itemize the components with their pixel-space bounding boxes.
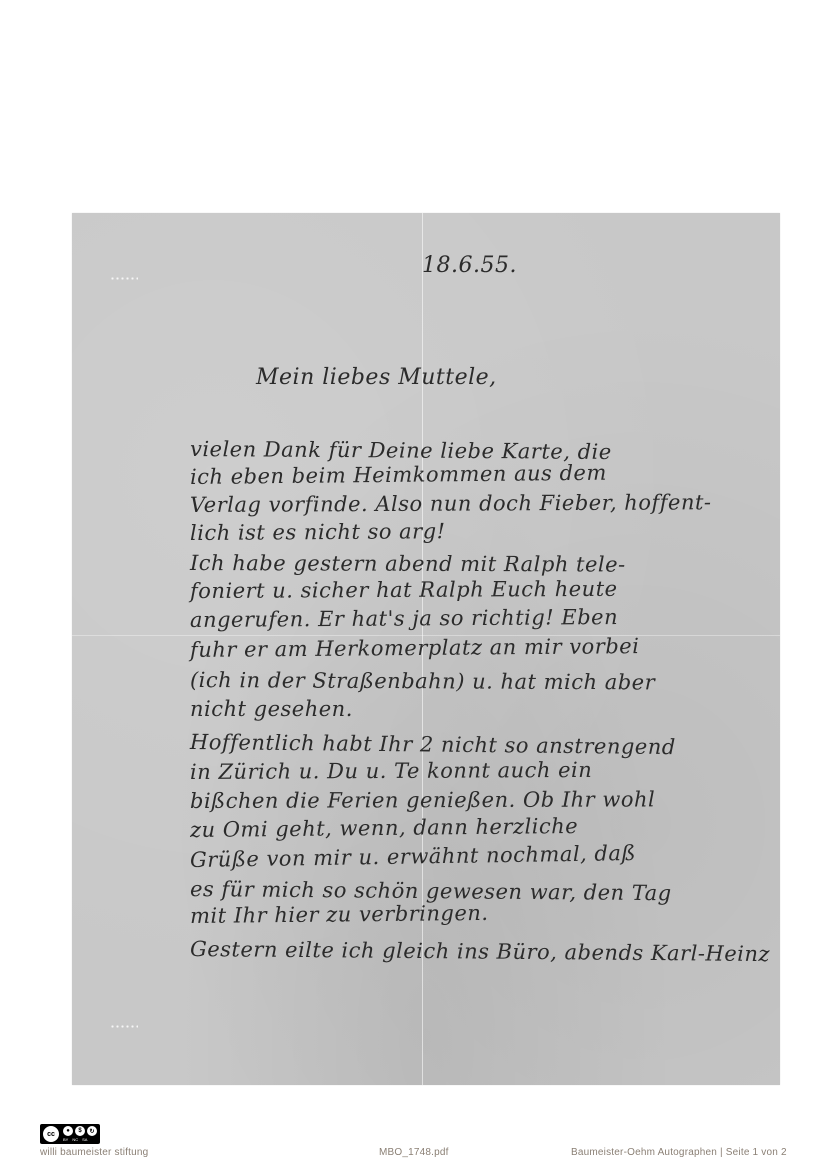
nc-label: NC — [72, 1137, 78, 1142]
footer-organization: willi baumeister stiftung — [40, 1147, 148, 1158]
letter-line: Hoffentlich habt Ihr 2 nicht so anstreng… — [190, 730, 676, 759]
letter-line: angerufen. Er hat's ja so richtig! Eben — [190, 605, 618, 632]
letter-line: mit Ihr hier zu verbringen. — [190, 901, 489, 928]
letter-line: Gestern eilte ich gleich ins Büro, abend… — [190, 937, 770, 966]
letter-line: bißchen die Ferien genießen. Ob Ihr wohl — [190, 787, 655, 813]
sa-icon: ↻ — [87, 1126, 97, 1136]
by-icon: ● — [63, 1126, 73, 1136]
letter-line: Verlag vorfinde. Also nun doch Fieber, h… — [190, 490, 712, 517]
letter-line: vielen Dank für Deine liebe Karte, die — [190, 437, 612, 464]
letter-scan: 18.6.55. Mein liebes Muttele, vielen Dan… — [72, 213, 780, 1085]
letter-date: 18.6.55. — [422, 253, 517, 278]
letter-line: zu Omi geht, wenn, dann herzliche — [190, 814, 578, 842]
letter-line: Grüße von mir u. erwähnt nochmal, daß — [190, 841, 636, 872]
letter-line: ich eben beim Heimkommen aus dem — [190, 461, 607, 489]
letter-salutation: Mein liebes Muttele, — [256, 365, 497, 390]
letter-line: (ich in der Straßenbahn) u. hat mich abe… — [190, 668, 655, 694]
footer-filename: MBO_1748.pdf — [379, 1147, 449, 1158]
perforation-mark — [110, 1025, 138, 1028]
letter-line: Ich habe gestern abend mit Ralph tele- — [190, 551, 626, 577]
cc-license-badge[interactable]: cc ● $ ↻ BY NC SA — [40, 1124, 100, 1144]
sa-label: SA — [82, 1137, 87, 1142]
letter-line: in Zürich u. Du u. Te konnt auch ein — [190, 758, 592, 784]
by-label: BY — [63, 1137, 68, 1142]
footer-page-info: Baumeister-Oehm Autographen | Seite 1 vo… — [571, 1147, 787, 1158]
letter-line: fuhr er am Herkomerplatz an mir vorbei — [190, 634, 640, 662]
cc-icon: cc — [42, 1125, 60, 1143]
letter-line: nicht gesehen. — [190, 697, 353, 721]
letter-line: lich ist es nicht so arg! — [190, 519, 446, 545]
letter-line: foniert u. sicher hat Ralph Euch heute — [190, 577, 618, 603]
perforation-mark — [110, 277, 138, 280]
nc-icon: $ — [75, 1126, 85, 1136]
